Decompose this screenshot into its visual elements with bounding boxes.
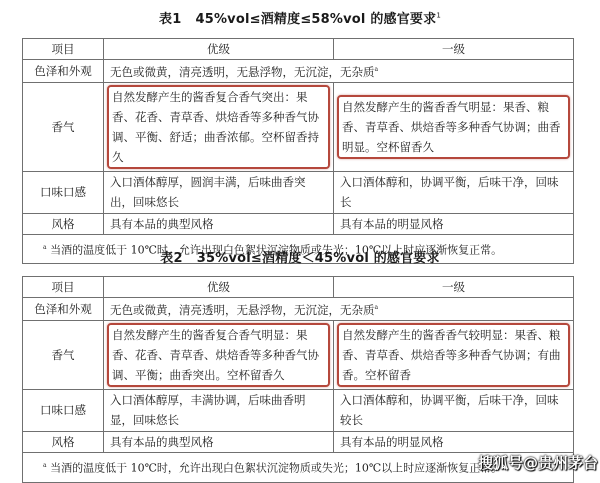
footnote-marker: a xyxy=(375,304,379,311)
header-first: 一级 xyxy=(334,277,574,298)
table1-title: 表145%vol≤酒精度≤58%vol 的感官要求1 xyxy=(0,8,600,27)
table2-row-style: 风格 具有本品的典型风格 具有本品的明显风格 xyxy=(23,431,574,452)
style-superior: 具有本品的典型风格 xyxy=(104,431,334,452)
footnote-marker: a xyxy=(43,462,47,469)
appearance-text: 无色或微黄，清亮透明，无悬浮物，无沉淀，无杂质 xyxy=(110,303,375,317)
appearance-text: 无色或微黄，清亮透明，无悬浮物，无沉淀，无杂质 xyxy=(110,65,375,79)
highlight-box: 自然发酵产生的酱香复合香气突出：果香、花香、青草香、烘焙香等多种香气协调、平衡、… xyxy=(107,85,330,169)
table2-header-row: 项目 优级 一级 xyxy=(23,277,574,298)
footnote-text: 当酒的温度低于 10℃时，允许出现白色絮状沉淀物质或失光；10℃以上时应逐渐恢复… xyxy=(50,462,502,475)
footnote-marker: a xyxy=(375,66,379,73)
row-label: 色泽和外观 xyxy=(23,298,104,321)
row-label: 风格 xyxy=(23,213,104,234)
header-item: 项目 xyxy=(23,277,104,298)
table1-title-sup: 1 xyxy=(436,12,441,20)
taste-superior: 入口酒体醇厚，丰满协调，后味曲香明显，回味悠长 xyxy=(104,389,334,431)
highlight-box: 自然发酵产生的酱香复合香气明显：果香、花香、青草香、烘焙香等多种香气协调、平衡；… xyxy=(107,323,330,387)
taste-first: 入口酒体醇和，协调平衡，后味干净，回味较长 xyxy=(334,389,574,431)
aroma-first-cell: 自然发酵产生的酱香香气较明显：果香、粮香、青草香、烘焙香等多种香气协调；有曲香。… xyxy=(334,320,574,389)
table2-title-text: 35%vol≤酒精度＜45%vol 的感官要求 xyxy=(197,251,440,266)
appearance-value: 无色或微黄，清亮透明，无悬浮物，无沉淀，无杂质a xyxy=(104,298,574,321)
table1: 项目 优级 一级 色泽和外观 无色或微黄，清亮透明，无悬浮物，无沉淀，无杂质a … xyxy=(22,38,574,264)
table1-title-text: 45%vol≤酒精度≤58%vol 的感官要求 xyxy=(195,12,436,27)
table1-row-style: 风格 具有本品的典型风格 具有本品的明显风格 xyxy=(23,213,574,234)
taste-superior: 入口酒体醇厚，圆润丰满，后味曲香突出，回味悠长 xyxy=(104,171,334,213)
row-label: 香气 xyxy=(23,320,104,389)
taste-first: 入口酒体醇和，协调平衡，后味干净，回味长 xyxy=(334,171,574,213)
style-superior: 具有本品的典型风格 xyxy=(104,213,334,234)
row-label: 口味口感 xyxy=(23,171,104,213)
row-label: 色泽和外观 xyxy=(23,60,104,83)
header-superior: 优级 xyxy=(104,277,334,298)
header-item: 项目 xyxy=(23,39,104,60)
header-first: 一级 xyxy=(334,39,574,60)
table1-number: 表1 xyxy=(159,12,181,27)
header-superior: 优级 xyxy=(104,39,334,60)
row-label: 香气 xyxy=(23,82,104,171)
appearance-value: 无色或微黄，清亮透明，无悬浮物，无沉淀，无杂质a xyxy=(104,60,574,83)
table1-header-row: 项目 优级 一级 xyxy=(23,39,574,60)
aroma-first-cell: 自然发酵产生的酱香香气明显：果香、粮香、青草香、烘焙香等多种香气协调；曲香明显。… xyxy=(334,82,574,171)
table1-row-taste: 口味口感 入口酒体醇厚，圆润丰满，后味曲香突出，回味悠长 入口酒体醇和，协调平衡… xyxy=(23,171,574,213)
table2-row-aroma: 香气 自然发酵产生的酱香复合香气明显：果香、花香、青草香、烘焙香等多种香气协调、… xyxy=(23,320,574,389)
table2-row-appearance: 色泽和外观 无色或微黄，清亮透明，无悬浮物，无沉淀，无杂质a xyxy=(23,298,574,321)
watermark: 搜狐号@贵州茅台 xyxy=(478,452,598,473)
table1-row-appearance: 色泽和外观 无色或微黄，清亮透明，无悬浮物，无沉淀，无杂质a xyxy=(23,60,574,83)
highlight-box: 自然发酵产生的酱香香气明显：果香、粮香、青草香、烘焙香等多种香气协调；曲香明显。… xyxy=(337,95,570,159)
aroma-superior-cell: 自然发酵产生的酱香复合香气明显：果香、花香、青草香、烘焙香等多种香气协调、平衡；… xyxy=(104,320,334,389)
row-label: 风格 xyxy=(23,431,104,452)
table2-title: 表235%vol≤酒精度＜45%vol 的感官要求 xyxy=(0,247,600,266)
table2-row-taste: 口味口感 入口酒体醇厚，丰满协调，后味曲香明显，回味悠长 入口酒体醇和，协调平衡… xyxy=(23,389,574,431)
row-label: 口味口感 xyxy=(23,389,104,431)
highlight-box: 自然发酵产生的酱香香气较明显：果香、粮香、青草香、烘焙香等多种香气协调；有曲香。… xyxy=(337,323,570,387)
table1-row-aroma: 香气 自然发酵产生的酱香复合香气突出：果香、花香、青草香、烘焙香等多种香气协调、… xyxy=(23,82,574,171)
aroma-superior-cell: 自然发酵产生的酱香复合香气突出：果香、花香、青草香、烘焙香等多种香气协调、平衡、… xyxy=(104,82,334,171)
style-first: 具有本品的明显风格 xyxy=(334,213,574,234)
style-first: 具有本品的明显风格 xyxy=(334,431,574,452)
table2-number: 表2 xyxy=(160,251,182,266)
